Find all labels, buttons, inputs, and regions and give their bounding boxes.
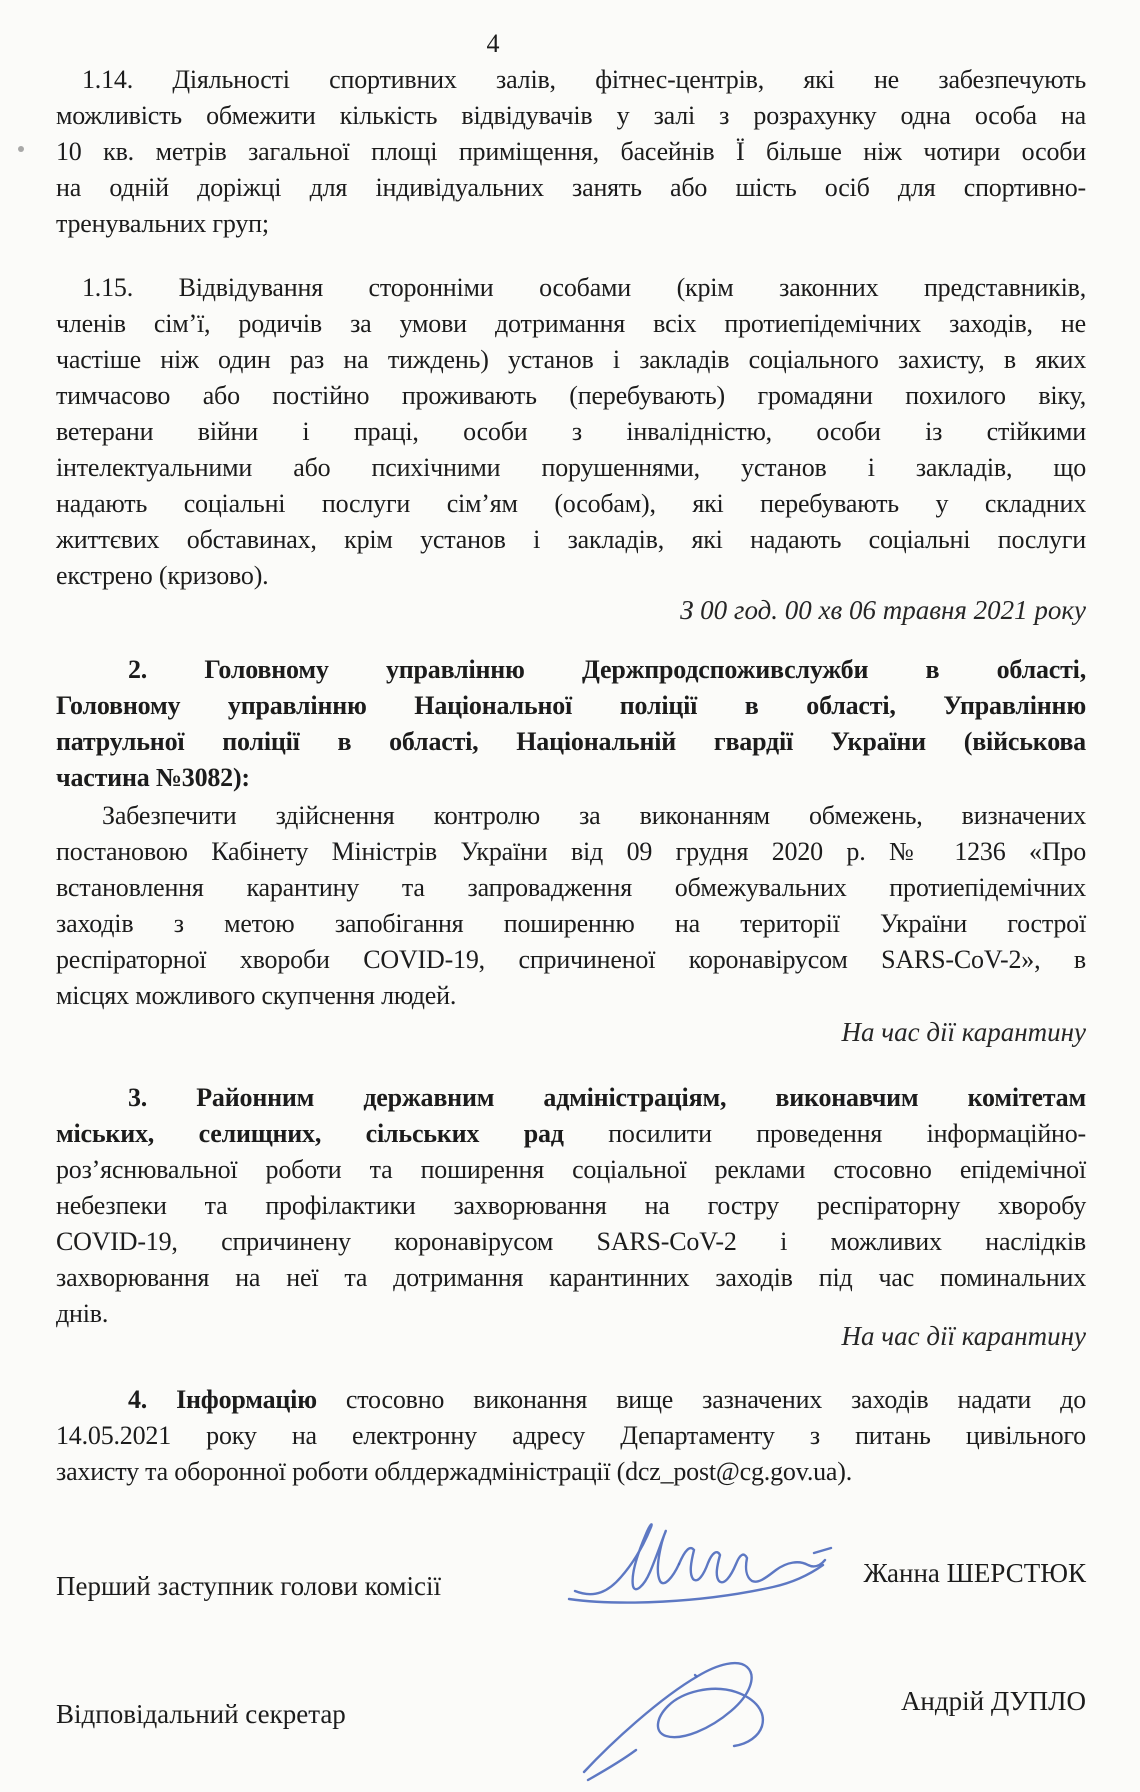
text-segment: 4. Інформацію (128, 1385, 317, 1414)
text-segment: встановлення карантину та запровадження … (56, 873, 1086, 902)
signatory-name: Андрій ДУПЛО (901, 1683, 1086, 1719)
text-segment: міських, селищних, сільських рад (56, 1119, 564, 1148)
text-line: респіраторної хвороби COVID-19, спричине… (56, 942, 1086, 978)
text-segment: частина №3082): (56, 763, 250, 792)
quarantine-duration-note: На час дії карантину (56, 1318, 1086, 1354)
text-line: 1.15. Відвідування сторонніми особами (к… (56, 270, 1086, 306)
text-line: заходів з метою запобігання поширенню на… (56, 906, 1086, 942)
text-segment: 3. Районним державним адміністраціям, ви… (128, 1083, 1086, 1112)
effective-date-note: З 00 год. 00 хв 06 травня 2021 року (56, 592, 1086, 628)
signature-row-sherstiuk: Перший заступник голови комісіїЖанна ШЕР… (56, 1568, 1086, 1608)
text-segment: членів сім’ї, родичів за умови дотриманн… (56, 309, 1086, 338)
text-line: міських, селищних, сільських рад посилит… (56, 1116, 1086, 1152)
text-segment: ветерани війни і праці, особи з інвалідн… (56, 417, 1086, 446)
text-segment: Забезпечити здійснення контролю за викон… (102, 801, 1086, 830)
text-line: тренувальних груп; (56, 206, 1086, 242)
text-segment: небезпеки та профілактики захворювання н… (56, 1191, 1086, 1220)
text-segment: частіше ніж один раз на тиждень) установ… (56, 345, 1086, 374)
signature-row-duplo: Відповідальний секретарАндрій ДУПЛО (56, 1696, 1086, 1736)
signatory-role: Перший заступник голови комісії (56, 1568, 441, 1604)
quarantine-duration-note: На час дії карантину (56, 1014, 1086, 1050)
text-line: COVID-19, спричинену коронавірусом SARS-… (56, 1224, 1086, 1260)
paragraph: 3. Районним державним адміністраціям, ви… (56, 1080, 1086, 1332)
text-segment: тренувальних груп; (56, 209, 269, 238)
text-line: екстрено (кризово). (56, 558, 1086, 594)
text-line: роз’яснювальної роботи та поширення соці… (56, 1152, 1086, 1188)
text-segment: патрульної поліції в області, Національн… (56, 727, 1086, 756)
text-line: 1.14. Діяльності спортивних залів, фітне… (56, 62, 1086, 98)
text-line: місцях можливого скупчення людей. (56, 978, 1086, 1014)
text-line: 2. Головному управлінню Держпродспоживсл… (56, 652, 1086, 688)
text-line: патрульної поліції в області, Національн… (56, 724, 1086, 760)
text-segment: 2. Головному управлінню Держпродспоживсл… (128, 655, 1086, 684)
text-segment: постановою Кабінету Міністрів України ві… (56, 837, 1086, 866)
text-line: життєвих обставинах, крім установ і закл… (56, 522, 1086, 558)
signature-duplo-autograph (576, 1654, 806, 1782)
text-segment: тимчасово або постійно проживають (переб… (56, 381, 1086, 410)
text-segment: днів. (56, 1299, 108, 1328)
page-number: 4 (0, 26, 1008, 62)
text-segment: життєвих обставинах, крім установ і закл… (56, 525, 1086, 554)
text-line: встановлення карантину та запровадження … (56, 870, 1086, 906)
text-line: постановою Кабінету Міністрів України ві… (56, 834, 1086, 870)
text-line: членів сім’ї, родичів за умови дотриманн… (56, 306, 1086, 342)
text-segment: респіраторної хвороби COVID-19, спричине… (56, 945, 1086, 974)
text-line: інтелектуальними або психічними порушенн… (56, 450, 1086, 486)
text-segment: 1.15. Відвідування сторонніми особами (к… (82, 273, 1086, 302)
text-segment: надають соціальні послуги сім’ям (особам… (56, 489, 1086, 518)
text-line: на одній доріжці для індивідуальних заня… (56, 170, 1086, 206)
text-segment: заходів з метою запобігання поширенню на… (56, 909, 1086, 938)
paragraph: 1.15. Відвідування сторонніми особами (к… (56, 270, 1086, 594)
text-segment: 1.14. Діяльності спортивних залів, фітне… (82, 65, 1086, 94)
text-line: Головному управлінню Національної поліці… (56, 688, 1086, 724)
text-line: 10 кв. метрів загальної площі приміщення… (56, 134, 1086, 170)
paragraph: 2. Головному управлінню Держпродспоживсл… (56, 652, 1086, 796)
text-line: захворювання на неї та дотримання карант… (56, 1260, 1086, 1296)
text-line: небезпеки та профілактики захворювання н… (56, 1188, 1086, 1224)
text-segment: роз’яснювальної роботи та поширення соці… (56, 1155, 1086, 1184)
paragraph: 1.14. Діяльності спортивних залів, фітне… (56, 62, 1086, 242)
text-segment: на одній доріжці для індивідуальних заня… (56, 173, 1086, 202)
document-content: 41.14. Діяльності спортивних залів, фітн… (0, 0, 1140, 1736)
text-segment: COVID-19, спричинену коронавірусом SARS-… (56, 1227, 1086, 1256)
text-segment: екстрено (кризово). (56, 561, 268, 590)
text-line: тимчасово або постійно проживають (переб… (56, 378, 1086, 414)
text-segment: 10 кв. метрів загальної площі приміщення… (56, 137, 1086, 166)
text-line: частина №3082): (56, 760, 1086, 796)
text-line: частіше ніж один раз на тиждень) установ… (56, 342, 1086, 378)
text-segment: місцях можливого скупчення людей. (56, 981, 456, 1010)
signatory-role: Відповідальний секретар (56, 1696, 346, 1732)
text-segment: можливість обмежити кількість відвідувач… (56, 101, 1086, 130)
signatory-name: Жанна ШЕРСТЮК (864, 1555, 1086, 1591)
text-segment: інтелектуальними або психічними порушенн… (56, 453, 1086, 482)
text-line: можливість обмежити кількість відвідувач… (56, 98, 1086, 134)
text-segment: захисту та оборонної роботи облдержадмін… (56, 1457, 852, 1486)
text-line: 4. Інформацію стосовно виконання вище за… (56, 1382, 1086, 1418)
text-segment: стосовно виконання вище зазначених заход… (317, 1385, 1086, 1414)
text-line: 14.05.2021 року на електронну адресу Деп… (56, 1418, 1086, 1454)
document-page: 41.14. Діяльності спортивних залів, фітн… (0, 0, 1140, 1792)
paragraph: 4. Інформацію стосовно виконання вище за… (56, 1382, 1086, 1490)
text-line: ветерани війни і праці, особи з інвалідн… (56, 414, 1086, 450)
signature-sherstiuk-autograph (561, 1515, 833, 1610)
text-segment: посилити проведення інформаційно- (564, 1119, 1086, 1148)
text-line: Забезпечити здійснення контролю за викон… (56, 798, 1086, 834)
text-line: надають соціальні послуги сім’ям (особам… (56, 486, 1086, 522)
text-segment: 14.05.2021 року на електронну адресу Деп… (56, 1421, 1086, 1450)
text-line: захисту та оборонної роботи облдержадмін… (56, 1454, 1086, 1490)
paragraph: Забезпечити здійснення контролю за викон… (56, 798, 1086, 1014)
text-line: 3. Районним державним адміністраціям, ви… (56, 1080, 1086, 1116)
text-segment: захворювання на неї та дотримання карант… (56, 1263, 1086, 1292)
text-segment: Головному управлінню Національної поліці… (56, 691, 1086, 720)
